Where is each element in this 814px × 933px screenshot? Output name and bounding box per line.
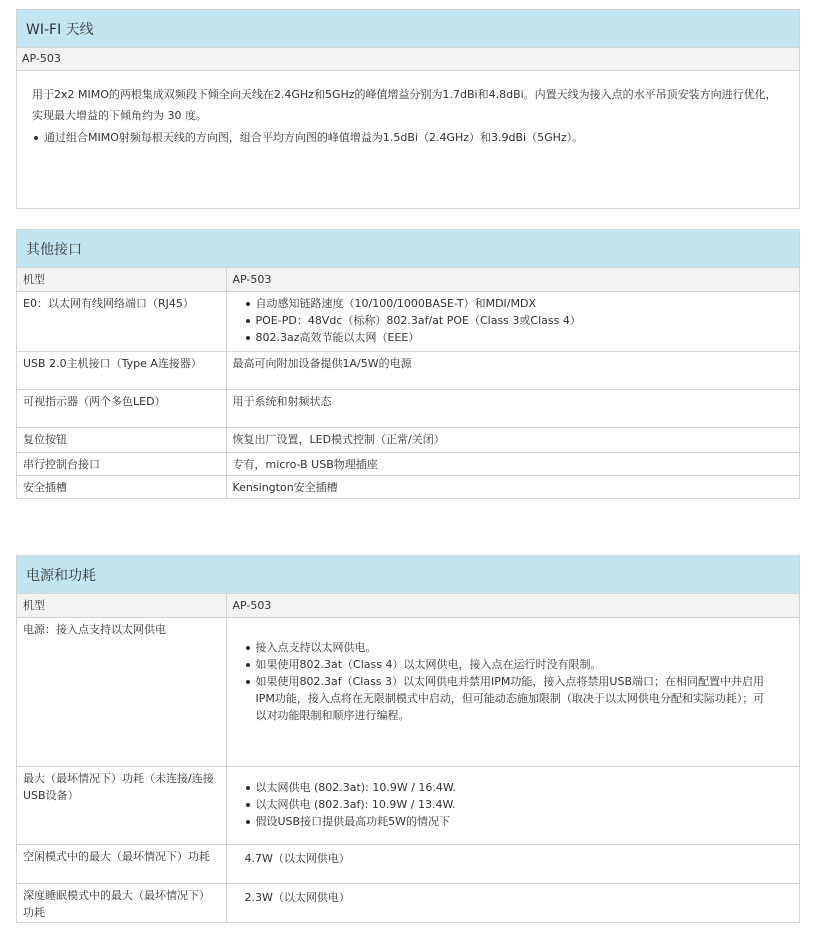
- model-label: AP-503: [17, 48, 799, 71]
- list-item: 通过组合MIMO射频每根天线的方向图，组合平均方向图的峰值增益为1.5dBi（2…: [32, 129, 785, 146]
- table-row: E0：以太网有线网络端口（RJ45） 自动感知链路速度（10/100/1000B…: [17, 291, 799, 351]
- list-item: 802.3az高效节能以太网（EEE）: [245, 329, 794, 346]
- row-value: 恢复出厂设置，LED模式控制（正常/关闭）: [226, 427, 799, 452]
- list-item: POE-PD：48Vdc（标称）802.3af/at POE（Class 3或C…: [245, 312, 794, 329]
- row-label: 复位按钮: [17, 427, 226, 452]
- table-header-row: 机型 AP-503: [17, 268, 799, 291]
- header-value: AP-503: [226, 268, 799, 291]
- header-label: 机型: [17, 594, 226, 617]
- table-row: 空闲模式中的最大（最坏情况下）功耗 4.7W（以太网供电）: [17, 844, 799, 883]
- row-label: 空闲模式中的最大（最坏情况下）功耗: [17, 844, 226, 883]
- table-row: 电源：接入点支持以太网供电 接入点支持以太网供电。 如果使用802.3at（Cl…: [17, 617, 799, 766]
- wifi-description: 用于2x2 MIMO的两根集成双频段下倾全向天线在2.4GHz和5GHz的峰值增…: [17, 71, 799, 146]
- row-value: 4.7W（以太网供电）: [226, 844, 799, 883]
- table-row: 深度睡眠模式中的最大（最坏情况下）功耗 2.3W（以太网供电）: [17, 883, 799, 922]
- row-label: 电源：接入点支持以太网供电: [17, 617, 226, 766]
- row-value: 2.3W（以太网供电）: [226, 883, 799, 922]
- row-label: 串行控制台接口: [17, 452, 226, 475]
- wifi-antenna-section: WI-FI 天线 AP-503 用于2x2 MIMO的两根集成双频段下倾全向天线…: [16, 9, 800, 209]
- row-value: Kensington安全插槽: [226, 475, 799, 498]
- value-text: 4.7W（以太网供电）: [233, 850, 794, 867]
- row-label: 最大（最坏情况下）功耗（未连接/连接USB设备）: [17, 766, 226, 844]
- table-row: 最大（最坏情况下）功耗（未连接/连接USB设备） 以太网供电 (802.3at)…: [17, 766, 799, 844]
- section-title: 其他接口: [17, 230, 799, 268]
- wifi-paragraph: 用于2x2 MIMO的两根集成双频段下倾全向天线在2.4GHz和5GHz的峰值增…: [32, 84, 785, 126]
- table-row: 串行控制台接口 专有，micro-B USB物理插座: [17, 452, 799, 475]
- list-item: 假设USB接口提供最高功耗5W的情况下: [245, 813, 794, 830]
- value-text: 2.3W（以太网供电）: [233, 889, 794, 906]
- row-value: 接入点支持以太网供电。 如果使用802.3at（Class 4）以太网供电，接入…: [226, 617, 799, 766]
- list-item: 如果使用802.3af（Class 3）以太网供电并禁用IPM功能，接入点将禁用…: [245, 673, 794, 724]
- row-label: USB 2.0主机接口（Type A连接器）: [17, 351, 226, 389]
- header-label: 机型: [17, 268, 226, 291]
- list-item: 以太网供电 (802.3at): 10.9W / 16.4W.: [245, 779, 794, 796]
- row-label: 安全插槽: [17, 475, 226, 498]
- power-section: 电源和功耗 机型 AP-503 电源：接入点支持以太网供电 接入点支持以太网供电…: [16, 555, 800, 923]
- list-item: 如果使用802.3at（Class 4）以太网供电，接入点在运行时没有限制。: [245, 656, 794, 673]
- wifi-bullets: 通过组合MIMO射频每根天线的方向图，组合平均方向图的峰值增益为1.5dBi（2…: [32, 129, 785, 146]
- row-value: 最高可向附加设备提供1A/5W的电源: [226, 351, 799, 389]
- other-interfaces-section: 其他接口 机型 AP-503 E0：以太网有线网络端口（RJ45） 自动感知链路…: [16, 229, 800, 499]
- row-label: 深度睡眠模式中的最大（最坏情况下）功耗: [17, 883, 226, 922]
- row-value: 用于系统和射频状态: [226, 389, 799, 427]
- section-title: 电源和功耗: [17, 556, 799, 594]
- power-table: 机型 AP-503 电源：接入点支持以太网供电 接入点支持以太网供电。 如果使用…: [17, 594, 799, 922]
- table-row: 复位按钮 恢复出厂设置，LED模式控制（正常/关闭）: [17, 427, 799, 452]
- table-row: USB 2.0主机接口（Type A连接器） 最高可向附加设备提供1A/5W的电…: [17, 351, 799, 389]
- row-label: 可视指示器（两个多色LED）: [17, 389, 226, 427]
- row-value: 自动感知链路速度（10/100/1000BASE-T）和MDI/MDX POE-…: [226, 291, 799, 351]
- row-label: E0：以太网有线网络端口（RJ45）: [17, 291, 226, 351]
- table-row: 安全插槽 Kensington安全插槽: [17, 475, 799, 498]
- list-item: 以太网供电 (802.3af): 10.9W / 13.4W.: [245, 796, 794, 813]
- table-header-row: 机型 AP-503: [17, 594, 799, 617]
- list-item: 自动感知链路速度（10/100/1000BASE-T）和MDI/MDX: [245, 295, 794, 312]
- interfaces-table: 机型 AP-503 E0：以太网有线网络端口（RJ45） 自动感知链路速度（10…: [17, 268, 799, 498]
- list-item: 接入点支持以太网供电。: [245, 639, 794, 656]
- header-value: AP-503: [226, 594, 799, 617]
- table-row: 可视指示器（两个多色LED） 用于系统和射频状态: [17, 389, 799, 427]
- row-value: 以太网供电 (802.3at): 10.9W / 16.4W. 以太网供电 (8…: [226, 766, 799, 844]
- section-title: WI-FI 天线: [17, 10, 799, 48]
- row-value: 专有，micro-B USB物理插座: [226, 452, 799, 475]
